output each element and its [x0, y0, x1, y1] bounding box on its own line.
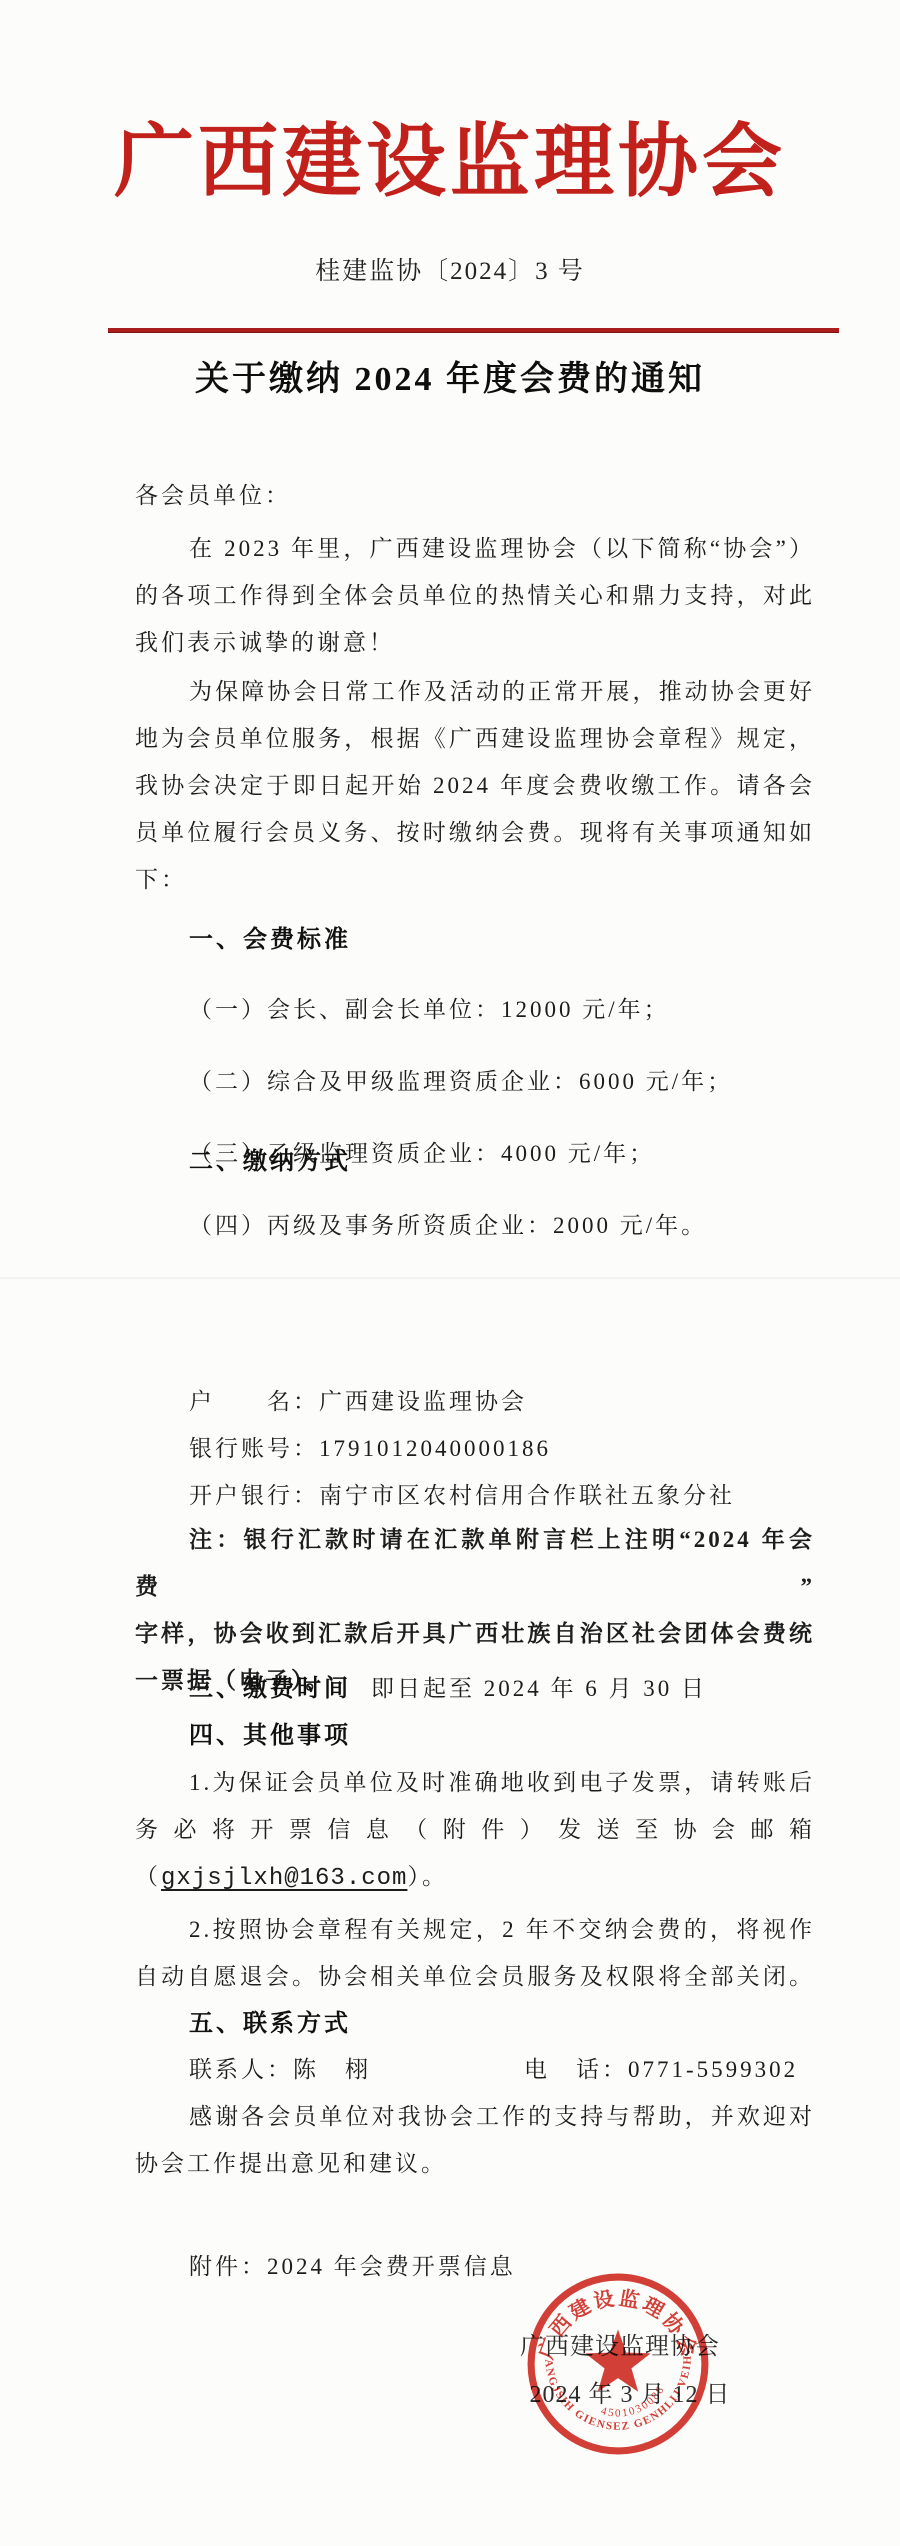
- paragraph-line: 在 2023 年里，广西建设监理协会（以下简称“协会”）: [135, 525, 815, 572]
- red-divider-rule: [108, 328, 839, 333]
- bank-account-number: 银行账号：1791012040000186: [135, 1425, 815, 1472]
- fee-item: （一）会长、副会长单位：12000 元/年；: [135, 974, 815, 1046]
- paragraph-line: 下：: [135, 856, 815, 903]
- section3-line: 三、缴费时间即日起至 2024 年 6 月 30 日: [135, 1665, 815, 1712]
- section2-heading: 二、缴纳方式: [135, 1138, 815, 1185]
- paragraph-line: 感谢各会员单位对我协会工作的支持与帮助，并欢迎对: [135, 2093, 815, 2140]
- fee-item: （四）丙级及事务所资质企业：2000 元/年。: [135, 1190, 815, 1262]
- paragraph-line: 员单位履行会员义务、按时缴纳会费。现将有关事项通知如: [135, 809, 815, 856]
- paragraph-line: 2.按照协会章程有关规定，2 年不交纳会费的，将视作: [135, 1906, 815, 1953]
- contact-phone: 电 话：0771-5599302: [470, 2046, 798, 2093]
- paragraph-line: 自动自愿退会。协会相关单位会员服务及权限将全部关闭。: [135, 1953, 815, 2000]
- fee-standard-list: （一）会长、副会长单位：12000 元/年； （二）综合及甲级监理资质企业：60…: [135, 974, 815, 1262]
- notice-title: 关于缴纳 2024 年度会费的通知: [0, 352, 900, 408]
- signature-date: 2024 年 3 月 12 日: [430, 2380, 830, 2410]
- official-seal-stamp: 广西建设监理协会 GVANGJSIH GIENSEZ GENHLIJ VEIH …: [522, 2268, 714, 2460]
- section5-heading: 五、联系方式: [135, 2000, 815, 2047]
- seal-graphic: 广西建设监理协会 GVANGJSIH GIENSEZ GENHLIJ VEIH …: [522, 2268, 714, 2460]
- paragraph-line: 我们表示诚挚的谢意！: [135, 619, 815, 666]
- section1-heading: 一、会费标准: [135, 916, 815, 963]
- paragraph-thanks: 在 2023 年里，广西建设监理协会（以下简称“协会”） 的各项工作得到全体会员…: [135, 525, 815, 666]
- bank-account-name: 户 名：广西建设监理协会: [135, 1378, 815, 1425]
- bank-info: 户 名：广西建设监理协会 银行账号：1791012040000186 开户银行：…: [135, 1378, 815, 1519]
- association-email: gxjsjlxh@163.com: [161, 1865, 407, 1892]
- paragraph-line: 我协会决定于即日起开始 2024 年度会费收缴工作。请各会: [135, 762, 815, 809]
- salutation-text: 各会员单位：: [135, 472, 815, 519]
- paragraph-line: 为保障协会日常工作及活动的正常开展，推动协会更好: [135, 668, 815, 715]
- scanned-notice-page: 广西建设监理协会 桂建监协〔2024〕3 号 关于缴纳 2024 年度会费的通知…: [0, 0, 900, 2546]
- email-prefix: （: [135, 1864, 161, 1889]
- doc-number: 桂建监协〔2024〕3 号: [0, 252, 900, 292]
- payment-deadline: 即日起至 2024 年 6 月 30 日: [371, 1676, 707, 1701]
- note-line: 字样，协会收到汇款后开具广西壮族自治区社会团体会费统: [135, 1610, 815, 1657]
- email-line: （gxjsjlxh@163.com）。: [135, 1853, 815, 1902]
- email-suffix: ）。: [407, 1864, 448, 1889]
- paragraph-line: 1.为保证会员单位及时准确地收到电子发票，请转账后: [135, 1759, 815, 1806]
- paragraph-purpose: 为保障协会日常工作及活动的正常开展，推动协会更好 地为会员单位服务，根据《广西建…: [135, 668, 815, 903]
- page-scan-seam: [0, 1277, 900, 1279]
- salutation: 各会员单位：: [135, 472, 815, 519]
- contact-person: 联系人：陈 栩: [189, 2057, 371, 2082]
- signature-org-name: 广西建设监理协会: [420, 2332, 820, 2362]
- section4-heading: 四、其他事项: [135, 1712, 815, 1759]
- section3-heading: 三、缴费时间: [189, 1675, 351, 1702]
- other-item-2: 2.按照协会章程有关规定，2 年不交纳会费的，将视作 自动自愿退会。协会相关单位…: [135, 1906, 815, 2000]
- paragraph-line: 务必将开票信息（附件）发送至协会邮箱: [135, 1806, 815, 1853]
- fee-item: （二）综合及甲级监理资质企业：6000 元/年；: [135, 1046, 815, 1118]
- paragraph-line: 地为会员单位服务，根据《广西建设监理协会章程》规定，: [135, 715, 815, 762]
- org-title: 广西建设监理协会: [0, 113, 900, 213]
- bank-branch: 开户银行：南宁市区农村信用合作联社五象分社: [135, 1472, 815, 1519]
- note-line: 注：银行汇款时请在汇款单附言栏上注明“2024 年会费”: [135, 1516, 815, 1610]
- other-item-1: 1.为保证会员单位及时准确地收到电子发票，请转账后 务必将开票信息（附件）发送至…: [135, 1759, 815, 1902]
- paragraph-line: 协会工作提出意见和建议。: [135, 2140, 815, 2187]
- contact-line: 联系人：陈 栩 电 话：0771-5599302: [135, 2046, 815, 2093]
- closing-paragraph: 感谢各会员单位对我协会工作的支持与帮助，并欢迎对 协会工作提出意见和建议。: [135, 2093, 815, 2187]
- paragraph-line: 的各项工作得到全体会员单位的热情关心和鼎力支持，对此: [135, 572, 815, 619]
